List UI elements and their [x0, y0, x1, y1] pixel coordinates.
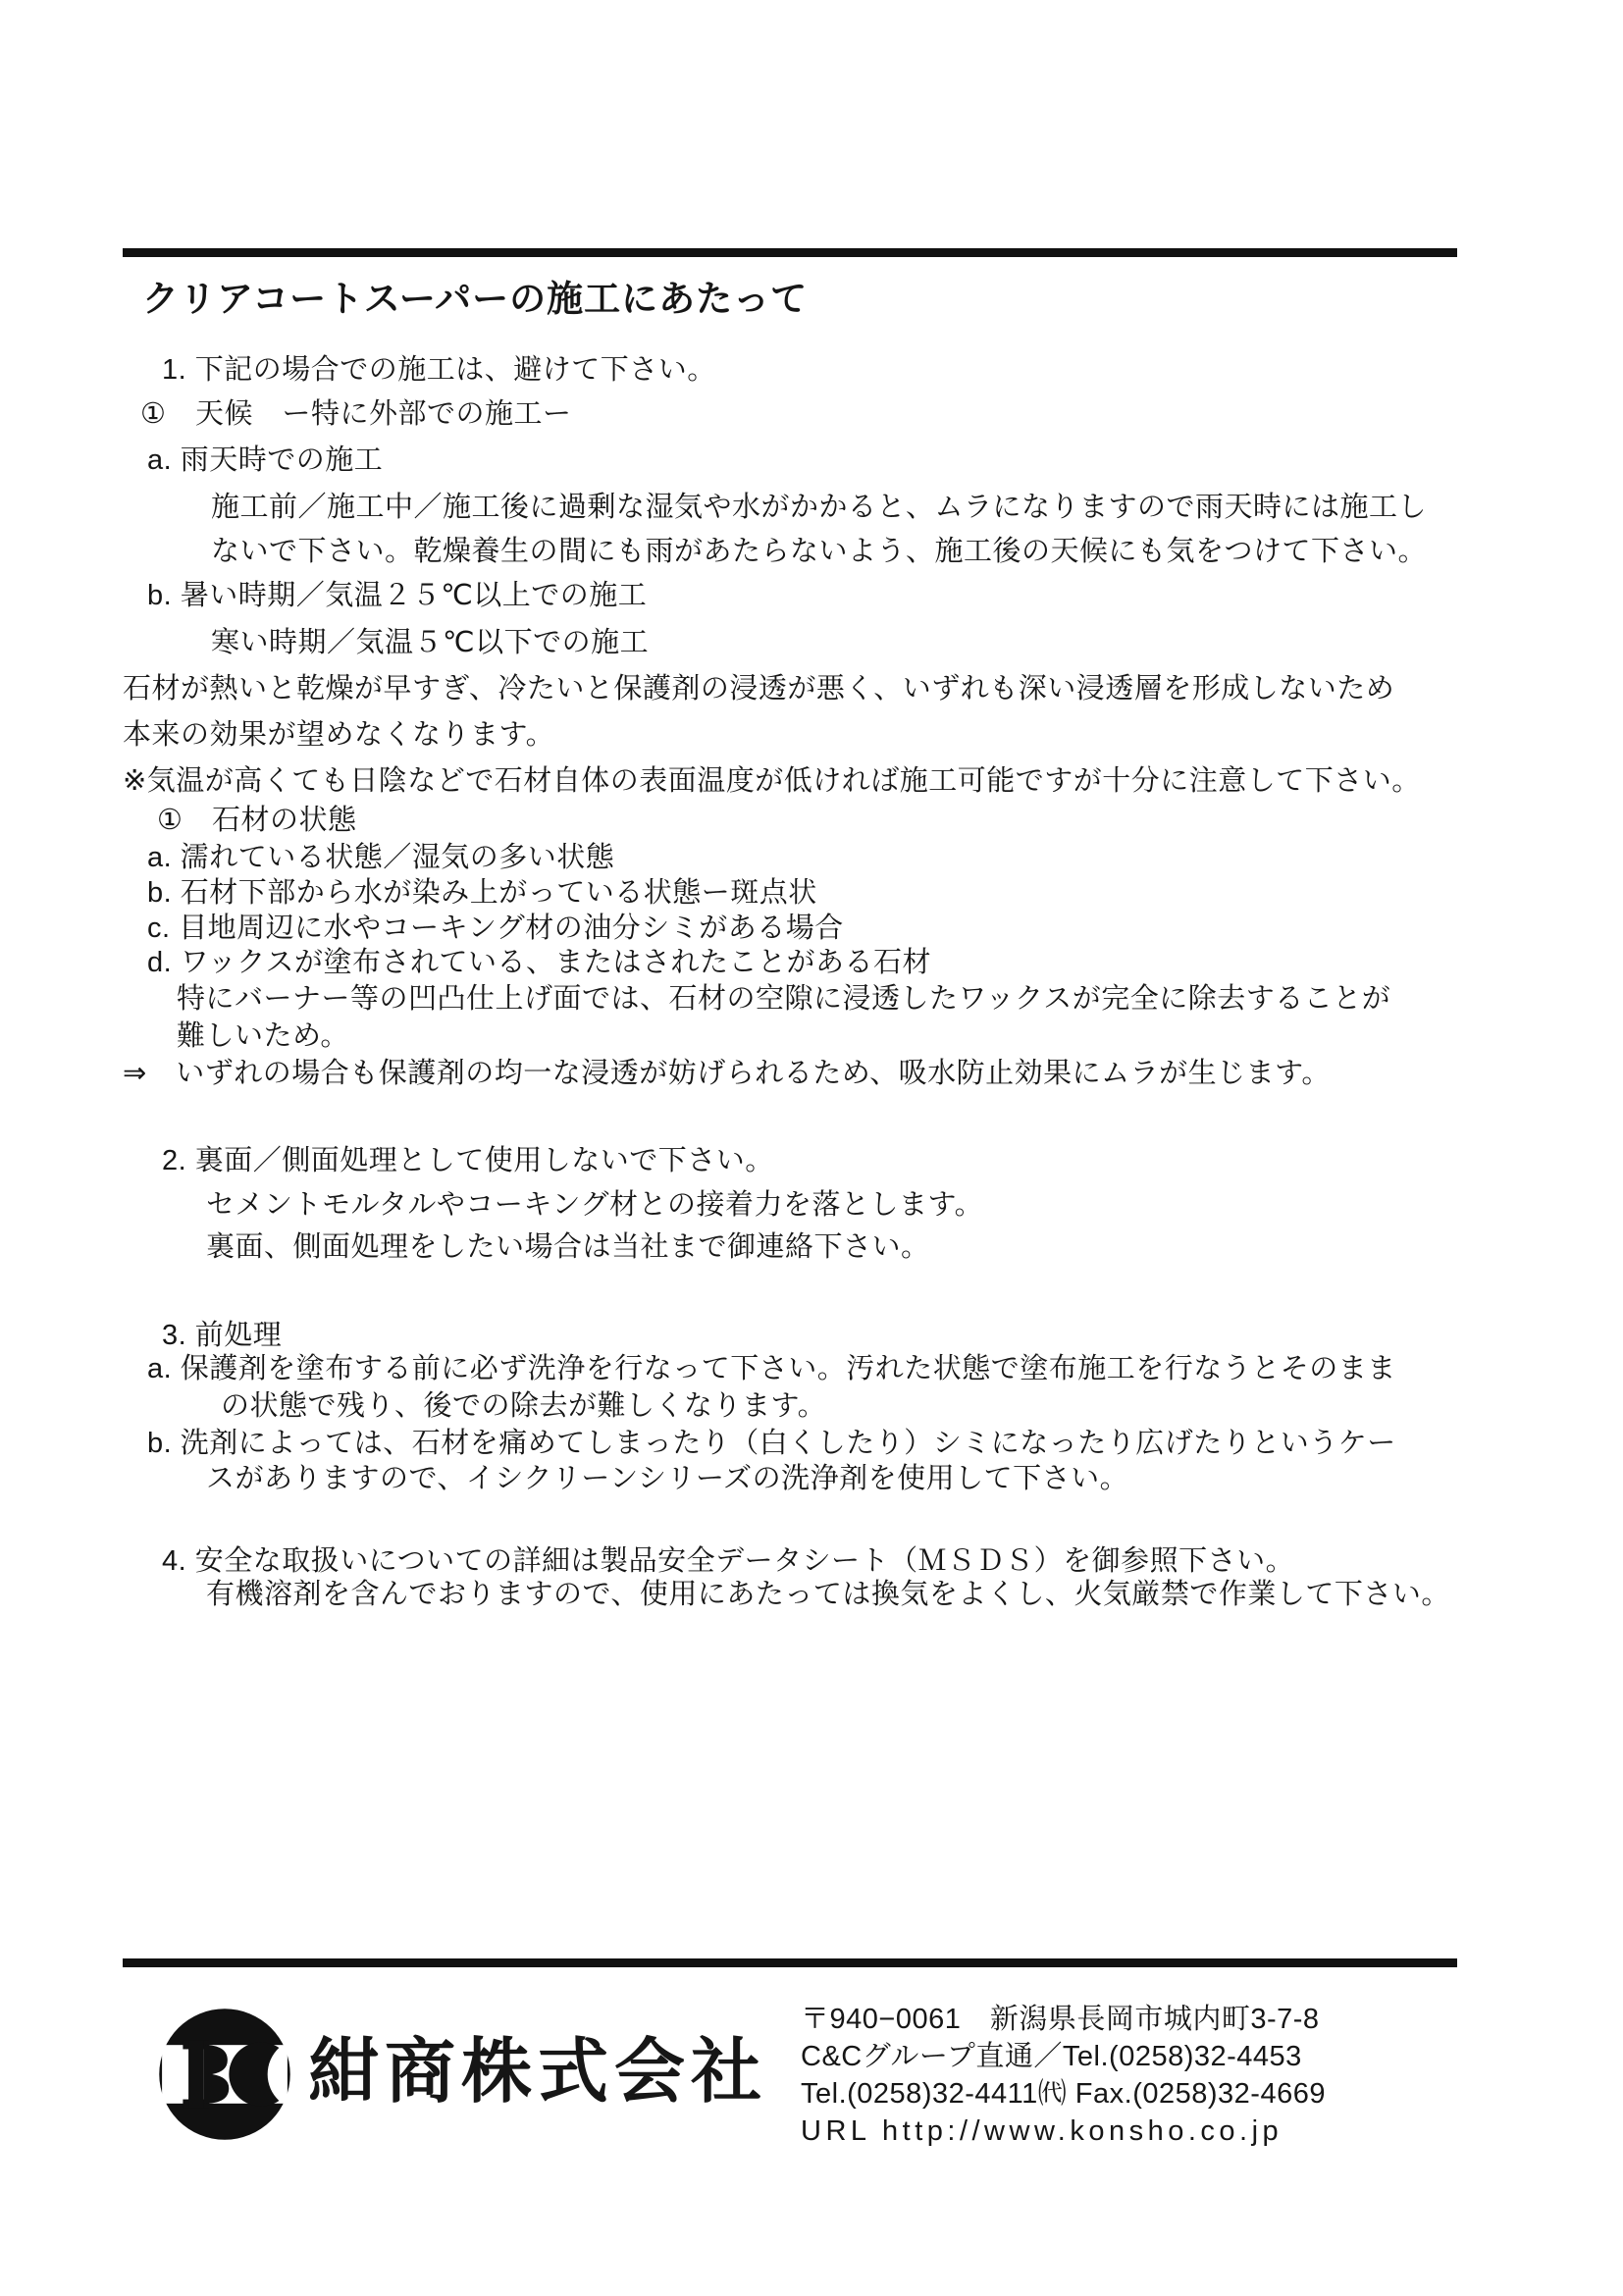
document-title: クリアコートスーパーの施工にあたって	[142, 277, 1623, 322]
text-line: d. ワックスが塗布されている、またはされたことがある石材	[0, 943, 1623, 983]
text-line: b. 暑い時期／気温２５℃以上での施工	[0, 576, 1623, 616]
text-line: セメントモルタルやコーキング材との接着力を落とします。	[0, 1185, 1623, 1226]
text-line: ないで下さい。乾燥養生の間にも雨があたらないよう、施工後の天候にも気をつけて下さ…	[0, 532, 1623, 572]
address-line: C&Cグループ直通／Tel.(0258)32-4453	[801, 2038, 1326, 2075]
footer: 紺商株式会社 〒940−0061 新潟県長岡市城内町3-7-8C&Cグループ直通…	[155, 1995, 1623, 2150]
text-line: 特にバーナー等の凹凸仕上げ面では、石材の空隙に浸透したワックスが完全に除去するこ…	[0, 979, 1623, 1019]
text-line: スがありますので、イシクリーンシリーズの洗浄剤を使用して下さい。	[0, 1459, 1623, 1499]
text-line: b. 洗剤によっては、石材を痛めてしまったり（白くしたり）シミになったり広げたり…	[0, 1424, 1623, 1464]
text-line: 施工前／施工中／施工後に過剰な湿気や水がかかると、ムラになりますので雨天時には施…	[0, 488, 1623, 528]
text-line: 寒い時期／気温５℃以下での施工	[0, 623, 1623, 663]
top-horizontal-rule	[123, 248, 1457, 257]
text-line: a. 保護剤を塗布する前に必ず洗浄を行なって下さい。汚れた状態で塗布施工を行なう…	[0, 1349, 1623, 1389]
company-address: 〒940−0061 新潟県長岡市城内町3-7-8C&Cグループ直通／Tel.(0…	[801, 2001, 1326, 2150]
company-name: 紺商株式会社	[308, 2036, 767, 2107]
text-line: a. 濡れている状態／湿気の多い状態	[0, 838, 1623, 878]
text-line: ① 石材の状態	[0, 801, 1623, 841]
text-line: b. 石材下部から水が染み上がっている状態ー斑点状	[0, 873, 1623, 913]
text-line: 本来の効果が望めなくなります。	[0, 715, 1623, 756]
document-page: クリアコートスーパーの施工にあたって 1. 下記の場合での施工は、避けて下さい。…	[0, 0, 1623, 2296]
text-line: ⇒ いずれの場合も保護剤の均一な浸透が妨げられるため、吸水防止効果にムラが生じま…	[0, 1054, 1623, 1094]
text-line: 裏面、側面処理をしたい場合は当社まで御連絡下さい。	[0, 1227, 1623, 1268]
text-line: a. 雨天時での施工	[0, 441, 1623, 481]
address-line: 〒940−0061 新潟県長岡市城内町3-7-8	[801, 2001, 1326, 2038]
company-logo-k-icon	[155, 2005, 294, 2144]
text-line: 有機溶剤を含んでおりますので、使用にあたっては換気をよくし、火気厳禁で作業して下…	[0, 1575, 1623, 1615]
text-line: ① 天候 ー特に外部での施工ー	[0, 394, 1623, 435]
address-line: Tel.(0258)32-4411㈹ Fax.(0258)32-4669	[801, 2075, 1326, 2113]
text-line: 1. 下記の場合での施工は、避けて下さい。	[0, 350, 1623, 391]
text-line: の状態で残り、後での除去が難しくなります。	[0, 1386, 1623, 1427]
text-line: 石材が熱いと乾燥が早すぎ、冷たいと保護剤の浸透が悪く、いずれも深い浸透層を形成し…	[0, 669, 1623, 709]
text-line: 2. 裏面／側面処理として使用しないで下さい。	[0, 1141, 1623, 1181]
document-body: 1. 下記の場合での施工は、避けて下さい。① 天候 ー特に外部での施工ーa. 雨…	[0, 350, 1623, 1615]
text-line: 難しいため。	[0, 1017, 1623, 1057]
footer-horizontal-rule	[123, 1958, 1457, 1967]
text-line: ※気温が高くても日陰などで石材自体の表面温度が低ければ施工可能ですが十分に注意し…	[0, 761, 1623, 802]
address-line: URL http://www.konsho.co.jp	[801, 2113, 1326, 2150]
